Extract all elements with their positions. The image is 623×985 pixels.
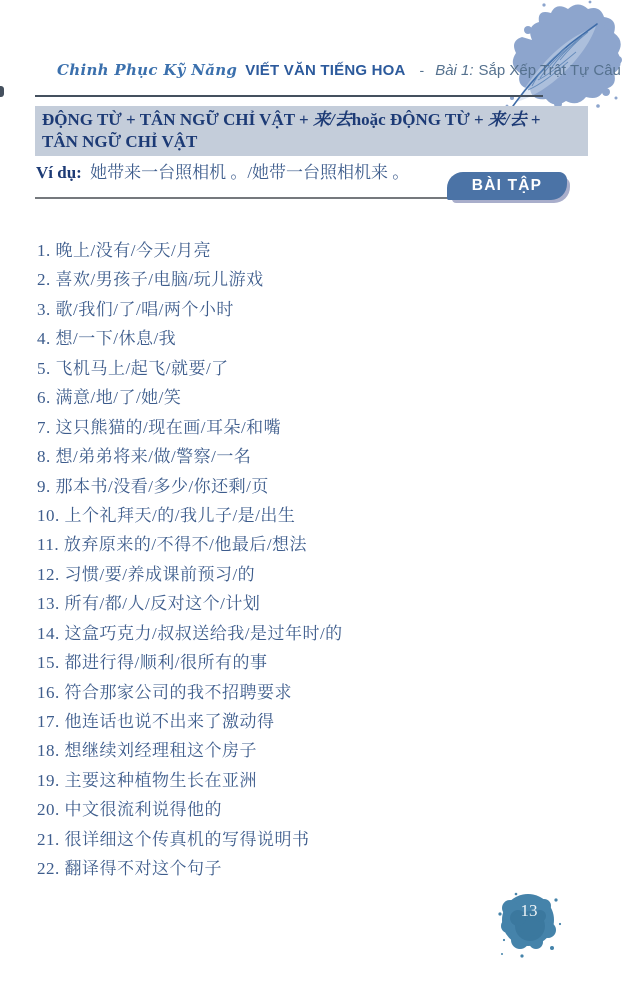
exercise-item: 10. 上个礼拜天/的/我儿子/是/出生 [37, 501, 597, 530]
page-header: Chinh Phục Kỹ Năng VIẾT VĂN TIẾNG HOA - … [57, 61, 621, 79]
exercise-item: 14. 这盒巧克力/叔叔送给我/是过年时/的 [37, 619, 597, 648]
exercise-item: 22. 翻译得不对这个句子 [37, 854, 597, 883]
exercise-item: 11. 放弃原来的/不得不/他最后/想法 [37, 530, 597, 559]
exercise-item: 3. 歌/我们/了/唱/两个小时 [37, 295, 597, 324]
exercise-item: 9. 那本书/没看/多少/你还剩/页 [37, 472, 597, 501]
example-line: Ví dụ: 她带来一台照相机 。/她带一台照相机来 。 [36, 158, 409, 183]
scan-edge-artifact [0, 86, 4, 97]
exercise-item: 12. 习惯/要/养成课前预习/的 [37, 560, 597, 589]
exercise-item: 18. 想继续刘经理租这个房子 [37, 736, 597, 765]
exercise-item: 2. 喜欢/男孩子/电脑/玩儿游戏 [37, 265, 597, 294]
rule-segment: ĐỘNG TỪ + TÂN NGỮ CHỈ VẬT + [42, 110, 313, 129]
lesson-label: Bài 1: [435, 62, 473, 79]
header-divider [35, 95, 543, 97]
example-sentence: 她带来一台照相机 。/她带一台照相机来 。 [90, 163, 409, 182]
rule-segment: + [527, 110, 541, 129]
exercise-item: 4. 想/一下/休息/我 [37, 324, 597, 353]
series-title: Chinh Phục Kỹ Năng [57, 61, 237, 79]
exercise-list: 1. 晚上/没有/今天/月亮 2. 喜欢/男孩子/电脑/玩儿游戏 3. 歌/我们… [37, 236, 597, 884]
rule-segment-chinese: 来/去 [488, 110, 527, 129]
lesson-title: Sắp Xếp Trật Tự Câu [479, 62, 621, 79]
rule-segment-chinese: 来/去 [313, 110, 352, 129]
exercise-item: 17. 他连话也说不出来了激动得 [37, 707, 597, 736]
watercolor-blob [498, 0, 623, 120]
exercise-item: 16. 符合那家公司的我不招聘要求 [37, 678, 597, 707]
exercise-item: 5. 飞机马上/起飞/就要/了 [37, 354, 597, 383]
document-page: Chinh Phục Kỹ Năng VIẾT VĂN TIẾNG HOA - … [0, 0, 623, 985]
example-label: Ví dụ: [36, 163, 82, 182]
exercise-item: 19. 主要这种植物生长在亚洲 [37, 766, 597, 795]
exercise-item: 8. 想/弟弟将来/做/警察/一名 [37, 442, 597, 471]
exercises-badge: BÀI TẬP [447, 172, 567, 200]
exercise-item: 20. 中文很流利说得他的 [37, 795, 597, 824]
badge-label: BÀI TẬP [447, 172, 567, 200]
header-separator: - [420, 62, 425, 78]
exercise-item: 21. 很详细这个传真机的写得说明书 [37, 825, 597, 854]
grammar-rule-line2: TÂN NGỮ CHỈ VẬT [42, 131, 581, 153]
exercise-item: 13. 所有/都/人/反对这个/计划 [37, 589, 597, 618]
page-number: 13 [521, 901, 538, 920]
rule-segment: hoặc ĐỘNG TỪ + [352, 110, 488, 129]
grammar-rule-box: ĐỘNG TỪ + TÂN NGỮ CHỈ VẬT + 来/去hoặc ĐỘNG… [35, 106, 588, 156]
exercise-item: 7. 这只熊猫的/现在画/耳朵/和嘴 [37, 413, 597, 442]
exercise-item: 6. 满意/地/了/她/笑 [37, 383, 597, 412]
example-divider [35, 197, 452, 199]
exercise-item: 1. 晚上/没有/今天/月亮 [37, 236, 597, 265]
exercise-item: 15. 都进行得/顺利/很所有的事 [37, 648, 597, 677]
page-number-blob: 13 [492, 884, 570, 968]
grammar-rule-line1: ĐỘNG TỪ + TÂN NGỮ CHỈ VẬT + 来/去hoặc ĐỘNG… [42, 109, 581, 131]
book-title: VIẾT VĂN TIẾNG HOA [245, 62, 405, 79]
